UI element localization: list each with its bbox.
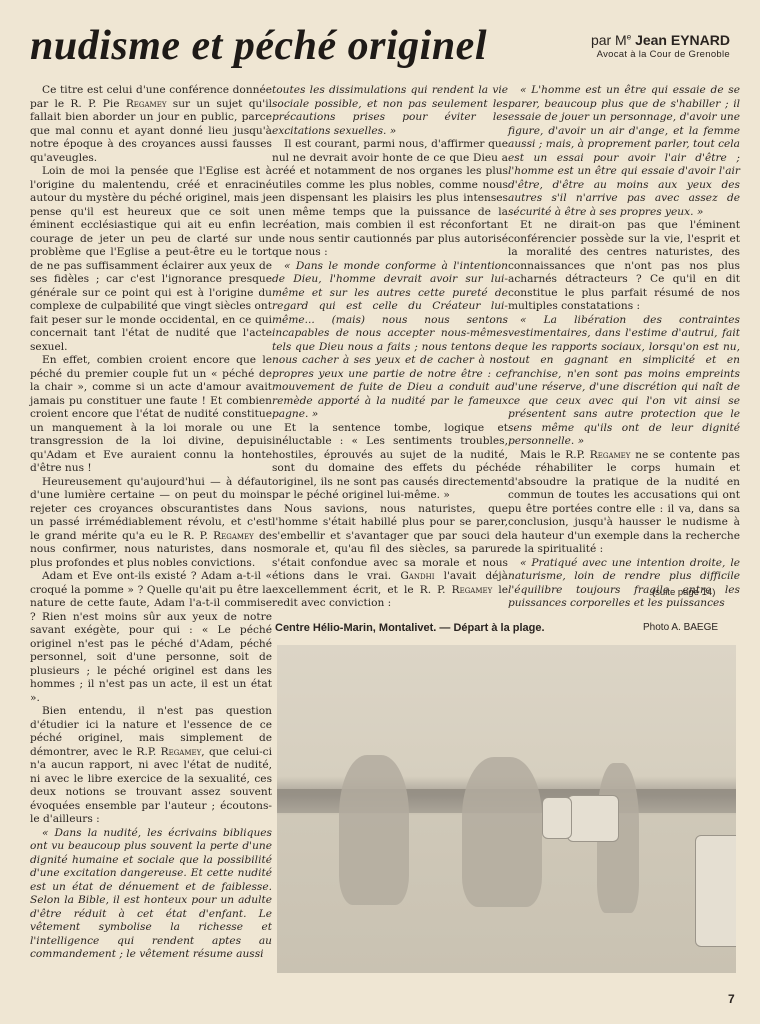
photo-credit: Photo A. BAEGE (643, 622, 718, 633)
paragraph: « Dans le monde conforme à l'intention d… (272, 260, 508, 422)
paragraph: Et la sentence tombe, logique et inéluct… (272, 422, 508, 503)
article-column-3: « L'homme est un être qui essaie de se p… (508, 84, 740, 611)
paragraph: En effet, combien croient encore que le … (30, 354, 272, 476)
author-name: Jean EYNARD (635, 32, 730, 48)
author-line: par Me Jean EYNARD (591, 32, 730, 48)
byline: par Me Jean EYNARD Avocat à la Cour de G… (591, 32, 730, 60)
page-number: 7 (728, 992, 735, 1006)
photo-car (695, 835, 736, 947)
photo-caption: Centre Hélio-Marin, Montalivet. — Départ… (275, 622, 545, 634)
paragraph: Et ne dirait-on pas que l'éminent confér… (508, 219, 740, 314)
article-column-2: toutes les dissimulations qui rendent la… (272, 84, 508, 611)
paragraph: Mais le R.P. Regamey ne se contente pas … (508, 449, 740, 557)
author-role: Avocat à la Cour de Grenoble (591, 49, 730, 60)
byline-sup: e (627, 32, 631, 41)
paragraph: Heureusement qu'aujourd'hui — à défaut d… (30, 476, 272, 571)
paragraph: « La libération des contraintes vestimen… (508, 314, 740, 449)
article-photo (277, 645, 736, 973)
article-title: nudisme et péché originel (30, 22, 487, 70)
paragraph: « Dans la nudité, les écrivains biblique… (30, 827, 272, 962)
paragraph: Loin de moi la pensée que l'Eglise est à… (30, 165, 272, 354)
paragraph: Adam et Eve ont-ils existé ? Adam a-t-il… (30, 570, 272, 705)
paragraph: Bien entendu, il n'est pas question d'ét… (30, 705, 272, 827)
photo-car (567, 795, 619, 842)
article-column-1: Ce titre est celui d'une conférence donn… (30, 84, 272, 962)
paragraph: « L'homme est un être qui essaie de se p… (508, 84, 740, 219)
photo-figure-group-left (339, 755, 409, 905)
paragraph: « Pratiqué avec une intention droite, le… (508, 557, 740, 611)
photo-figure-group-center (462, 757, 542, 907)
byline-prefix: par M (591, 32, 627, 48)
paragraph: Il est courant, parmi nous, d'affirmer q… (272, 138, 508, 260)
continuation-note: (suite page 14) (652, 587, 715, 598)
paragraph: toutes les dissimulations qui rendent la… (272, 84, 508, 138)
photo-car (542, 797, 572, 839)
paragraph: Nous savions, nous naturistes, que l'hom… (272, 503, 508, 611)
paragraph: Ce titre est celui d'une conférence donn… (30, 84, 272, 165)
